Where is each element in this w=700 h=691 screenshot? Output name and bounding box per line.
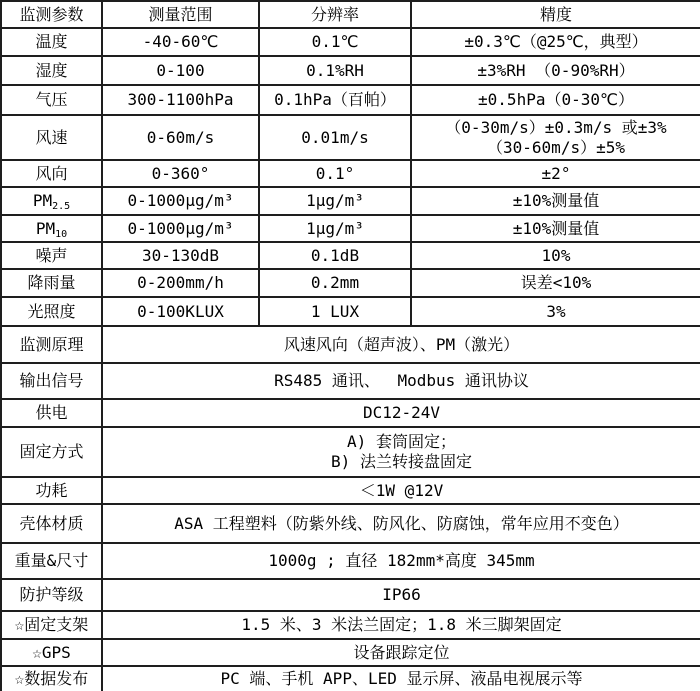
resolution-cell: 0.1%RH <box>259 56 411 85</box>
range-cell: 0-360° <box>102 160 259 187</box>
resolution-cell: 0.2mm <box>259 269 411 297</box>
accuracy-cell: ±0.5hPa（0-30℃） <box>411 85 700 115</box>
range-cell: 30-130dB <box>102 242 259 269</box>
range-cell: 300-1100hPa <box>102 85 259 115</box>
resolution-cell: 1 LUX <box>259 297 411 326</box>
row-power-consumption: 功耗 ＜1W @12V <box>1 477 700 504</box>
accuracy-line-2: （30-60m/s）±5% <box>414 138 698 158</box>
header-row: 监测参数 测量范围 分辨率 精度 <box>1 1 700 28</box>
row-wind-speed: 风速 0-60m/s 0.01m/s （0-30m/s）±0.3m/s 或±3%… <box>1 115 700 160</box>
accuracy-cell: ±10%测量值 <box>411 187 700 215</box>
param-cell: 重量&尺寸 <box>1 543 102 579</box>
accuracy-cell: 误差<10% <box>411 269 700 297</box>
row-wind-direction: 风向 0-360° 0.1° ±2° <box>1 160 700 187</box>
param-cell: 温度 <box>1 28 102 56</box>
row-weight-size: 重量&尺寸 1000g ; 直径 182mm*高度 345mm <box>1 543 700 579</box>
param-cell: 监测原理 <box>1 326 102 363</box>
param-cell: 功耗 <box>1 477 102 504</box>
param-cell: 光照度 <box>1 297 102 326</box>
row-output-signal: 输出信号 RS485 通讯、 Modbus 通讯协议 <box>1 363 700 399</box>
value-cell: ＜1W @12V <box>102 477 700 504</box>
resolution-cell: 0.1° <box>259 160 411 187</box>
row-data-publishing: ☆数据发布 PC 端、手机 APP、LED 显示屏、液晶电视展示等 <box>1 666 700 691</box>
param-cell: 降雨量 <box>1 269 102 297</box>
row-illuminance: 光照度 0-100KLUX 1 LUX 3% <box>1 297 700 326</box>
param-cell: 噪声 <box>1 242 102 269</box>
range-cell: 0-1000μg/m³ <box>102 187 259 215</box>
accuracy-cell: （0-30m/s）±0.3m/s 或±3% （30-60m/s）±5% <box>411 115 700 160</box>
row-temperature: 温度 -40-60℃ 0.1℃ ±0.3℃（@25℃，典型） <box>1 28 700 56</box>
param-cell: 供电 <box>1 399 102 427</box>
param-cell: 输出信号 <box>1 363 102 399</box>
accuracy-cell: ±10%测量值 <box>411 215 700 242</box>
value-cell: 设备跟踪定位 <box>102 639 700 666</box>
accuracy-cell: 3% <box>411 297 700 326</box>
row-pm25: PM2.5 0-1000μg/m³ 1μg/m³ ±10%测量值 <box>1 187 700 215</box>
range-cell: 0-100KLUX <box>102 297 259 326</box>
row-power-supply: 供电 DC12-24V <box>1 399 700 427</box>
row-monitoring-principle: 监测原理 风速风向（超声波）、PM（激光） <box>1 326 700 363</box>
value-cell: 1000g ; 直径 182mm*高度 345mm <box>102 543 700 579</box>
param-cell: 风向 <box>1 160 102 187</box>
range-cell: -40-60℃ <box>102 28 259 56</box>
param-label: PM <box>33 191 52 210</box>
value-cell: IP66 <box>102 579 700 611</box>
sensor-spec-table: 监测参数 测量范围 分辨率 精度 温度 -40-60℃ 0.1℃ ±0.3℃（@… <box>0 0 700 691</box>
range-cell: 0-200mm/h <box>102 269 259 297</box>
param-subscript: 2.5 <box>52 201 70 212</box>
param-cell: 湿度 <box>1 56 102 85</box>
header-resolution: 分辨率 <box>259 1 411 28</box>
param-cell: 风速 <box>1 115 102 160</box>
value-line-1: A) 套筒固定； <box>105 432 698 452</box>
row-mounting-method: 固定方式 A) 套筒固定； B) 法兰转接盘固定 <box>1 427 700 477</box>
header-accuracy: 精度 <box>411 1 700 28</box>
param-cell: 防护等级 <box>1 579 102 611</box>
row-pm10: PM10 0-1000μg/m³ 1μg/m³ ±10%测量值 <box>1 215 700 242</box>
value-line-2: B) 法兰转接盘固定 <box>105 452 698 472</box>
row-gps: ☆GPS 设备跟踪定位 <box>1 639 700 666</box>
param-cell: ☆GPS <box>1 639 102 666</box>
resolution-cell: 1μg/m³ <box>259 187 411 215</box>
spec-sheet: 监测参数 测量范围 分辨率 精度 温度 -40-60℃ 0.1℃ ±0.3℃（@… <box>0 0 700 691</box>
row-housing-material: 壳体材质 ASA 工程塑料（防紫外线、防风化、防腐蚀，常年应用不变色） <box>1 504 700 543</box>
row-humidity: 湿度 0-100 0.1%RH ±3%RH （0-90%RH） <box>1 56 700 85</box>
accuracy-cell: ±2° <box>411 160 700 187</box>
value-cell: DC12-24V <box>102 399 700 427</box>
value-cell: RS485 通讯、 Modbus 通讯协议 <box>102 363 700 399</box>
row-protection-rating: 防护等级 IP66 <box>1 579 700 611</box>
resolution-cell: 0.1℃ <box>259 28 411 56</box>
row-rainfall: 降雨量 0-200mm/h 0.2mm 误差<10% <box>1 269 700 297</box>
range-cell: 0-60m/s <box>102 115 259 160</box>
range-cell: 0-100 <box>102 56 259 85</box>
resolution-cell: 0.1hPa（百帕） <box>259 85 411 115</box>
row-pressure: 气压 300-1100hPa 0.1hPa（百帕） ±0.5hPa（0-30℃） <box>1 85 700 115</box>
resolution-cell: 1μg/m³ <box>259 215 411 242</box>
param-cell: ☆固定支架 <box>1 611 102 639</box>
param-cell: ☆数据发布 <box>1 666 102 691</box>
value-cell: A) 套筒固定； B) 法兰转接盘固定 <box>102 427 700 477</box>
value-cell: 1.5 米、3 米法兰固定；1.8 米三脚架固定 <box>102 611 700 639</box>
range-cell: 0-1000μg/m³ <box>102 215 259 242</box>
accuracy-cell: 10% <box>411 242 700 269</box>
header-range: 测量范围 <box>102 1 259 28</box>
param-cell: PM10 <box>1 215 102 242</box>
row-noise: 噪声 30-130dB 0.1dB 10% <box>1 242 700 269</box>
value-cell: 风速风向（超声波）、PM（激光） <box>102 326 700 363</box>
value-cell: ASA 工程塑料（防紫外线、防风化、防腐蚀，常年应用不变色） <box>102 504 700 543</box>
resolution-cell: 0.1dB <box>259 242 411 269</box>
row-mounting-bracket: ☆固定支架 1.5 米、3 米法兰固定；1.8 米三脚架固定 <box>1 611 700 639</box>
param-cell: PM2.5 <box>1 187 102 215</box>
param-subscript: 10 <box>55 229 67 240</box>
param-cell: 固定方式 <box>1 427 102 477</box>
param-cell: 壳体材质 <box>1 504 102 543</box>
resolution-cell: 0.01m/s <box>259 115 411 160</box>
accuracy-line-1: （0-30m/s）±0.3m/s 或±3% <box>414 118 698 138</box>
param-label: PM <box>36 219 55 238</box>
accuracy-cell: ±3%RH （0-90%RH） <box>411 56 700 85</box>
value-cell: PC 端、手机 APP、LED 显示屏、液晶电视展示等 <box>102 666 700 691</box>
param-cell: 气压 <box>1 85 102 115</box>
header-param: 监测参数 <box>1 1 102 28</box>
accuracy-cell: ±0.3℃（@25℃，典型） <box>411 28 700 56</box>
